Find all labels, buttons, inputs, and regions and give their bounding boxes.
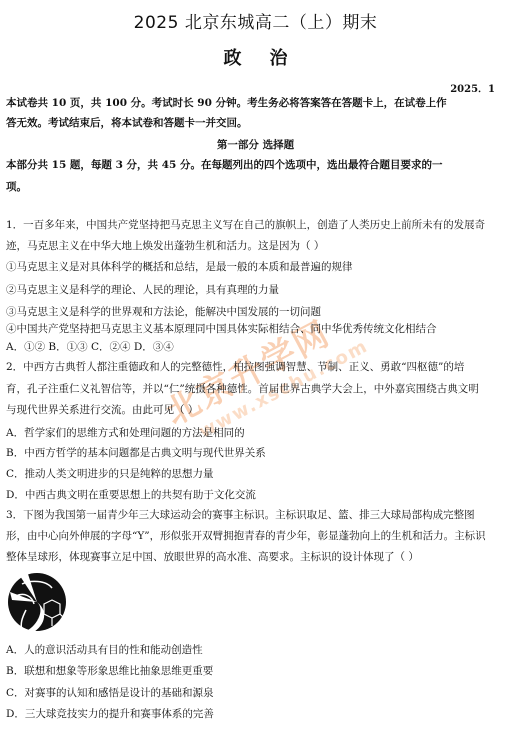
question-stem-line: 迹，马克思主义在中华大地上焕发出蓬勃生机和活力。这是因为（ ）	[6, 239, 505, 253]
question-stem-line: 形，由中心向外伸展的字母“Y”，形似张开双臂拥抱青春的青少年，彰显蓬勃向上的生机…	[6, 529, 505, 543]
option-d: D．中西古典文明在重要思想上的共契有助于文化交流	[6, 488, 505, 502]
section-desc-line-2: 项。	[6, 180, 505, 194]
statement-4: ④中国共产党坚持把马克思主义基本原理同中国具体实际相结合、同中华优秀传统文化相结…	[6, 322, 505, 336]
games-logo-image	[6, 570, 68, 634]
answer-options: A．①② B．①③ C．②④ D．③④	[6, 340, 505, 354]
statement-3: ③马克思主义是科学的世界观和方法论，能解决中国发展的一切问题	[6, 305, 505, 319]
option-b: B．中西方哲学的基本问题都是古典文明与现代世界关系	[6, 446, 505, 460]
instructions-line-2: 答无效。考试结束后，将本试卷和答题卡一并交回。	[6, 116, 505, 130]
question-stem-line: 3．下图为我国第一届青少年三大球运动会的赛事主标识。主标识取足、篮、排三大球局部…	[6, 508, 505, 522]
section-title: 第一部分 选择题	[0, 138, 511, 152]
question-stem-line: 整体呈球形，体现赛事立足中国、放眼世界的高水准、高要求。主标识的设计体现了（ ）	[6, 550, 505, 564]
statement-2: ②马克思主义是科学的理论、人民的理论，具有真理的力量	[6, 283, 505, 297]
instructions-line-1: 本试卷共 10 页，共 100 分。考试时长 90 分钟。考生务必将答案答在答题…	[6, 96, 505, 110]
question-stem-line: 与现代世界关系进行交流。由此可见（ ）	[6, 403, 505, 417]
question-stem-line: 1．一百多年来，中国共产党坚持把马克思主义写在自己的旗帜上，创造了人类历史上前所…	[6, 218, 505, 232]
exam-date: 2025．1	[450, 80, 495, 95]
option-c: C．推动人类文明进步的只是纯粹的思想力量	[6, 467, 505, 481]
option-d: D．三大球竞技实力的提升和赛事体系的完善	[6, 707, 505, 721]
section-desc-line-1: 本部分共 15 题，每题 3 分，共 45 分。在每题列出的四个选项中，选出最符…	[6, 158, 505, 172]
question-stem-line: 2．中西方古典哲人都注重德政和人的完整德性，柏拉图强调智慧、节制、正义、勇敢“四…	[6, 360, 505, 374]
option-b: B．联想和想象等形象思维比抽象思维更重要	[6, 664, 505, 678]
exam-title: 2025 北京东城高二（上）期末	[0, 8, 511, 33]
exam-page: 北京升学网 www.xschu.com 2025 北京东城高二（上）期末 政治 …	[0, 0, 511, 730]
option-c: C．对赛事的认知和感悟是设计的基础和源泉	[6, 686, 505, 700]
option-a: A．哲学家们的思维方式和处理问题的方法是相同的	[6, 426, 505, 440]
option-a: A．人的意识活动具有目的性和能动创造性	[6, 643, 505, 657]
question-stem-line: 育，孔子注重仁义礼智信等，并以“仁”统摄各种德性。首届世界古典学大会上，中外嘉宾…	[6, 382, 505, 396]
exam-subject: 政治	[0, 44, 511, 70]
statement-1: ①马克思主义是对具体科学的概括和总结，是最一般的本质和最普遍的规律	[6, 260, 505, 274]
